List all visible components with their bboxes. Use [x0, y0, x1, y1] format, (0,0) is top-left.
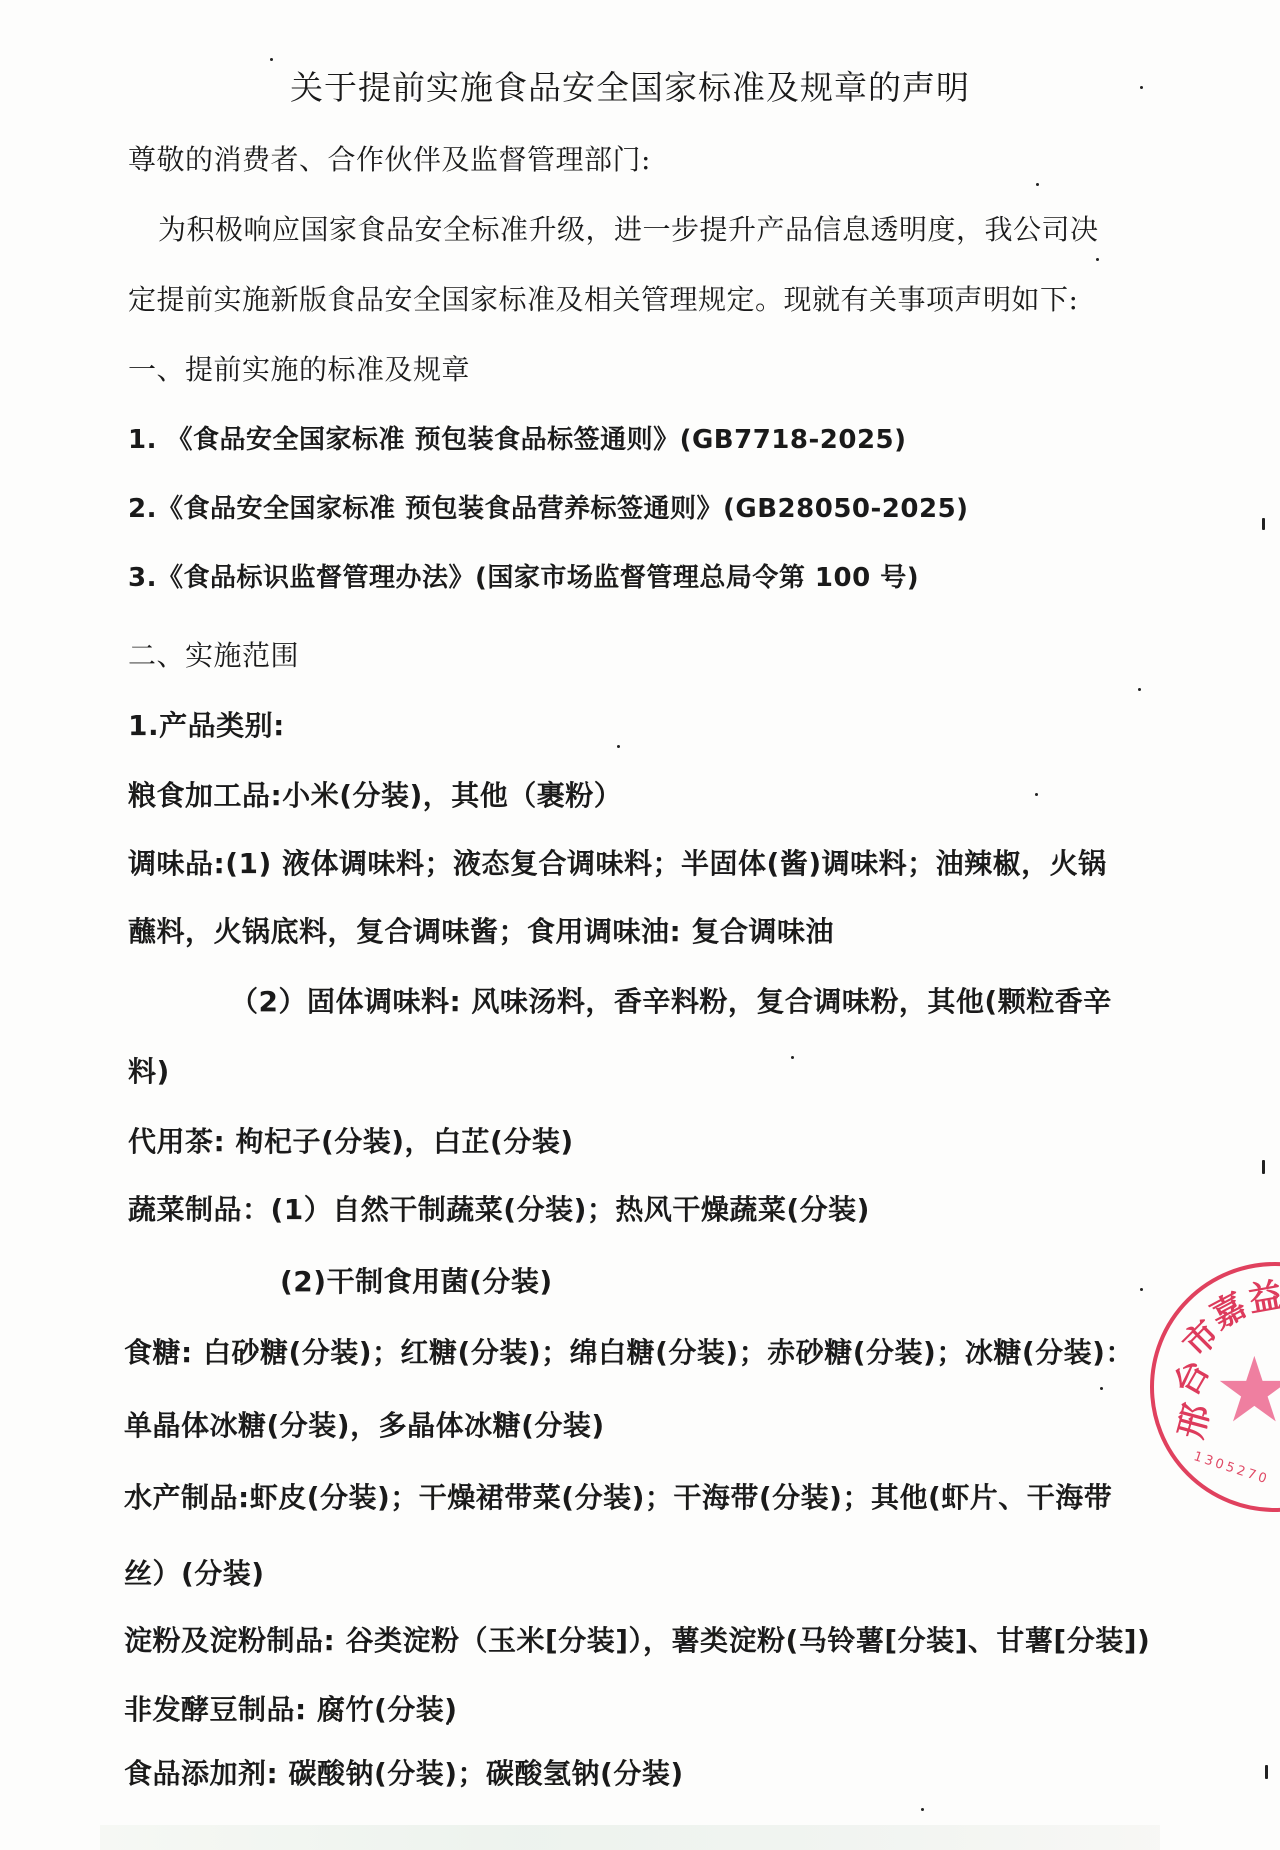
category-soy: 非发酵豆制品: 腐竹(分装)	[124, 1692, 458, 1728]
section2-heading: 二、实施范围	[128, 638, 299, 674]
category-grain: 粮食加工品:小米(分装)，其他（裹粉）	[128, 778, 622, 814]
category-seasoning-4: 料)	[128, 1054, 170, 1090]
scan-speck	[921, 1808, 924, 1811]
intro-line-2: 定提前实施新版食品安全国家标准及相关管理规定。现就有关事项声明如下:	[128, 282, 1078, 318]
greeting: 尊敬的消费者、合作伙伴及监督管理部门:	[128, 142, 651, 178]
scan-speck	[270, 58, 273, 61]
official-seal: 邢 台 市 嘉 益 ★ 1305270	[1150, 1262, 1280, 1512]
scan-speck	[1262, 1160, 1265, 1174]
category-aquatic-2: 丝）(分装)	[124, 1556, 265, 1592]
standard-item-2: 2.《食品安全国家标准 预包装食品营养标签通则》(GB28050-2025)	[128, 491, 969, 527]
star-icon: ★	[1214, 1346, 1280, 1436]
category-additive: 食品添加剂: 碳酸钠(分装)；碳酸氢钠(分装)	[124, 1756, 684, 1792]
intro-line-1: 为积极响应国家食品安全标准升级，进一步提升产品信息透明度，我公司决	[158, 212, 1099, 248]
scan-speck	[617, 745, 620, 748]
section1-heading: 一、提前实施的标准及规章	[128, 352, 470, 388]
category-starch: 淀粉及淀粉制品: 谷类淀粉（玉米[分装]），薯类淀粉(马铃薯[分装]、甘薯[分装…	[124, 1623, 1150, 1659]
seal-char: 邢	[1163, 1398, 1219, 1444]
scan-speck	[1138, 688, 1141, 691]
category-seasoning-3: （2）固体调味料: 风味汤料，香辛料粉，复合调味粉，其他(颗粒香辛	[230, 984, 1112, 1020]
scan-speck	[1036, 183, 1039, 186]
scan-speck	[1100, 1387, 1103, 1390]
scan-bottom-shadow	[100, 1825, 1160, 1850]
section2-subheading: 1.产品类别:	[128, 708, 285, 744]
standard-item-1: 1. 《食品安全国家标准 预包装食品标签通则》(GB7718-2025)	[128, 422, 907, 458]
category-aquatic-1: 水产制品:虾皮(分装)；干燥裙带菜(分装)；干海带(分装)；其他(虾片、干海带	[124, 1480, 1112, 1516]
category-sugar-1: 食糖: 白砂糖(分装)；红糖(分装)；绵白糖(分装)；赤砂糖(分装)；冰糖(分装…	[124, 1335, 1134, 1371]
scan-speck	[791, 1056, 794, 1059]
document-page: 关于提前实施食品安全国家标准及规章的声明 尊敬的消费者、合作伙伴及监督管理部门:…	[0, 0, 1280, 1850]
scan-speck	[1262, 518, 1265, 530]
category-vegetable-1: 蔬菜制品：(1）自然干制蔬菜(分装)；热风干燥蔬菜(分装)	[128, 1192, 870, 1228]
document-title: 关于提前实施食品安全国家标准及规章的声明	[290, 70, 970, 106]
category-seasoning-2: 蘸料，火锅底料，复合调味酱；食用调味油: 复合调味油	[128, 914, 834, 950]
category-tea: 代用茶: 枸杞子(分装)，白芷(分装)	[128, 1124, 574, 1160]
scan-speck	[1140, 1288, 1143, 1291]
category-seasoning-1: 调味品:(1) 液体调味料；液态复合调味料；半固体(酱)调味料；油辣椒，火锅	[128, 846, 1107, 882]
scan-speck	[1140, 86, 1143, 89]
category-sugar-2: 单晶体冰糖(分装)，多晶体冰糖(分装)	[124, 1408, 605, 1444]
scan-speck	[1096, 258, 1099, 261]
category-vegetable-2: (2)干制食用菌(分装)	[280, 1264, 553, 1300]
scan-speck	[446, 1722, 449, 1725]
scan-speck	[1265, 1765, 1268, 1779]
standard-item-3: 3.《食品标识监督管理办法》(国家市场监督管理总局令第 100 号)	[128, 560, 919, 596]
scan-speck	[1035, 793, 1038, 796]
seal-number: 1305270	[1192, 1449, 1272, 1488]
